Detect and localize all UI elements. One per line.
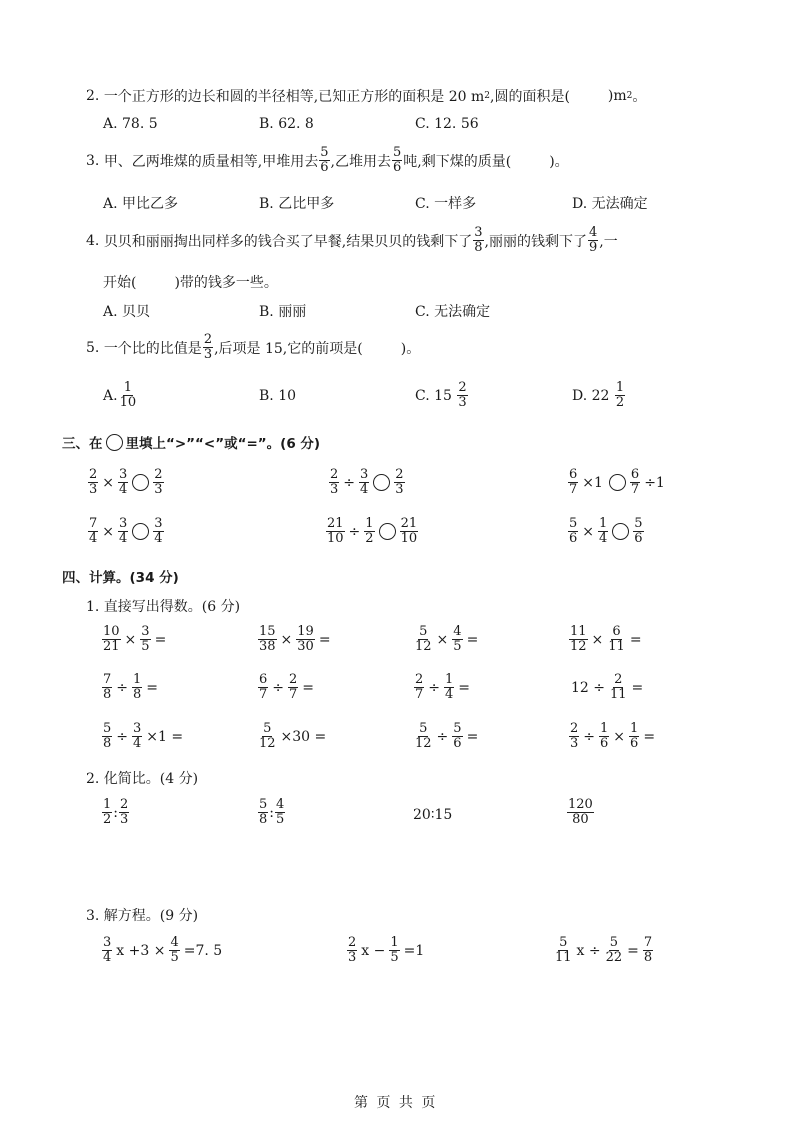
page-footer: 第 页 共 页: [354, 1092, 437, 1112]
operator: ×: [592, 632, 604, 648]
numerator: 3: [102, 936, 112, 951]
numerator: 1: [389, 936, 399, 951]
question-text: )。: [549, 151, 568, 171]
denominator: 8: [102, 688, 112, 702]
numerator: 5: [392, 146, 402, 161]
numerator: 5: [262, 722, 272, 737]
fraction: 34: [359, 468, 369, 497]
fraction: 2110: [400, 517, 419, 546]
denominator: 3: [153, 483, 163, 497]
numerator: 5: [633, 517, 643, 532]
option-a[interactable]: A. 78. 5: [103, 116, 158, 132]
fraction: 45: [275, 798, 285, 827]
part-2-title: 2. 化简比。(4 分): [86, 768, 198, 788]
question-5: 5. 一个比的比值是 23 ,后项是 15,它的前项是()。: [86, 333, 420, 362]
operator: =: [467, 729, 479, 745]
numerator: 5: [558, 936, 568, 951]
question-3: 3. 甲、乙两堆煤的质量相等,甲堆用去 56 ,乙堆用去 56 吨,剩下煤的质量…: [86, 146, 569, 175]
operator: ÷: [116, 680, 128, 696]
denominator: 4: [153, 532, 163, 546]
denominator: 6: [319, 161, 329, 175]
operator: x +3 ×: [116, 943, 165, 959]
section-3-title: 三、在里填上“>”“<”或“=”。(6 分): [62, 432, 320, 452]
denominator: 8: [132, 688, 142, 702]
denominator: 8: [258, 813, 268, 827]
fraction: 1930: [296, 625, 315, 654]
denominator: 7: [568, 483, 578, 497]
numerator: 1: [102, 798, 112, 813]
numerator: 2: [153, 468, 163, 483]
denominator: 10: [326, 532, 345, 546]
numerator: 4: [169, 936, 179, 951]
denominator: 8: [643, 951, 653, 965]
compare-item: 23÷3423: [328, 468, 406, 497]
option-c[interactable]: C. 12. 56: [415, 116, 479, 132]
denominator: 7: [258, 688, 268, 702]
question-text: 开始(: [103, 272, 136, 292]
compare-item: 67×167÷1: [567, 468, 668, 497]
question-text: 一个正方形的边长和圆的半径相等,已知正方形的面积是 20 m: [104, 86, 484, 106]
numerator: 2: [613, 673, 623, 688]
fraction: 34: [118, 468, 128, 497]
denominator: 2: [615, 396, 625, 410]
fraction: 16: [629, 722, 639, 751]
operator: =: [467, 632, 479, 648]
calc-item[interactable]: 1112×611=: [568, 625, 645, 654]
numerator: 1: [598, 517, 608, 532]
denominator: 3: [203, 348, 213, 362]
option-b[interactable]: B. 62. 8: [259, 116, 314, 132]
fraction: 15: [389, 936, 399, 965]
fraction: 23: [88, 468, 98, 497]
denominator: 6: [599, 737, 609, 751]
operator: ×1: [582, 475, 603, 491]
fraction: 67: [630, 468, 640, 497]
fraction: 522: [605, 936, 624, 965]
option-d[interactable]: D. 无法确定: [572, 193, 648, 213]
numerator: 2: [88, 468, 98, 483]
numerator: 3: [132, 722, 142, 737]
denominator: 12: [569, 640, 588, 654]
equation-item[interactable]: 34x +3 ×45=7. 5: [101, 936, 225, 965]
denominator: 4: [102, 951, 112, 965]
fraction: 512: [414, 625, 433, 654]
fraction: 2110: [326, 517, 345, 546]
question-text: 吨,剩下煤的质量(: [403, 151, 511, 171]
part-1-title: 1. 直接写出得数。(6 分): [86, 596, 240, 616]
numerator: 1: [615, 381, 625, 396]
section-title-text: 三、在: [62, 432, 103, 452]
denominator: 4: [118, 532, 128, 546]
numerator: 4: [452, 625, 462, 640]
fraction: 512: [414, 722, 433, 751]
part-3-title: 3. 解方程。(9 分): [86, 905, 198, 925]
fraction: 67: [258, 673, 268, 702]
fraction: 38: [473, 226, 483, 255]
denominator: 10: [119, 396, 138, 410]
fraction: 512: [258, 722, 277, 751]
denominator: 10: [400, 532, 419, 546]
fraction: 23: [203, 333, 213, 362]
numerator: 6: [630, 468, 640, 483]
denominator: 22: [605, 951, 624, 965]
compare-item: 74×3434: [87, 517, 165, 546]
numerator: 1: [123, 381, 133, 396]
question-number: 2.: [86, 88, 99, 104]
option-a[interactable]: A. 贝贝: [103, 301, 150, 321]
numerator: 120: [567, 798, 594, 813]
calc-item[interactable]: 512×30 =: [257, 722, 329, 751]
fraction: 56: [452, 722, 462, 751]
fraction: 27: [414, 673, 424, 702]
option-a[interactable]: A. 甲比乙多: [103, 193, 178, 213]
fraction: 23: [153, 468, 163, 497]
fraction: 35: [140, 625, 150, 654]
denominator: 5: [275, 813, 285, 827]
denominator: 5: [169, 951, 179, 965]
denominator: 12: [414, 737, 433, 751]
operator: ÷: [272, 680, 284, 696]
denominator: 3: [457, 396, 467, 410]
calc-item[interactable]: 58÷34×1 =: [101, 722, 186, 751]
operator: =: [632, 680, 644, 696]
operator: 12 ÷: [571, 680, 605, 696]
denominator: 12: [258, 737, 277, 751]
numerator: 4: [588, 226, 598, 241]
option-c[interactable]: C. 无法确定: [415, 301, 490, 321]
fraction: 611: [607, 625, 626, 654]
denominator: 3: [119, 813, 129, 827]
section-4-title: 四、计算。(34 分): [62, 566, 179, 586]
denominator: 8: [102, 737, 112, 751]
denominator: 3: [569, 737, 579, 751]
whole-number: 15: [434, 388, 452, 404]
question-text: )带的钱多一些。: [174, 272, 277, 292]
fraction: 58: [102, 722, 112, 751]
question-text: ,乙堆用去: [331, 151, 391, 171]
fraction: 12: [615, 381, 625, 410]
fraction: 211: [609, 673, 628, 702]
denominator: 3: [347, 951, 357, 965]
numerator: 2: [347, 936, 357, 951]
question-text: ,后项是 15,它的前项是(: [214, 338, 363, 358]
section-title-text: 里填上“>”“<”或“=”。(6 分): [126, 432, 321, 452]
compare-circle[interactable]: [132, 474, 149, 491]
denominator: 6: [568, 532, 578, 546]
whole-number: 22: [592, 388, 610, 404]
operator: ×1 =: [146, 729, 183, 745]
fraction: 1112: [569, 625, 588, 654]
numerator: 10: [102, 625, 121, 640]
operator: ×30 =: [281, 729, 327, 745]
fraction: 34: [132, 722, 142, 751]
option-a[interactable]: A. 110: [103, 381, 138, 410]
question-text: ,一: [599, 231, 617, 251]
operator: ×: [102, 475, 114, 491]
denominator: 4: [132, 737, 142, 751]
question-number: 4.: [86, 233, 99, 249]
denominator: 5: [452, 640, 462, 654]
operator: =: [319, 632, 331, 648]
denominator: 3: [329, 483, 339, 497]
denominator: 5: [140, 640, 150, 654]
fraction: 110: [119, 381, 138, 410]
denominator: 2: [364, 532, 374, 546]
numerator: 15: [258, 625, 277, 640]
denominator: 80: [571, 813, 590, 827]
numerator: 5: [609, 936, 619, 951]
numerator: 3: [473, 226, 483, 241]
fraction: 12080: [567, 798, 594, 827]
numerator: 5: [418, 722, 428, 737]
question-text: ,圆的面积是(: [490, 86, 570, 106]
fraction: 56: [568, 517, 578, 546]
fraction: 23: [457, 381, 467, 410]
operator: ÷: [437, 729, 449, 745]
ratio-item[interactable]: 20∶15: [413, 807, 452, 823]
compare-item: 23×3423: [87, 468, 165, 497]
fraction: 27: [288, 673, 298, 702]
fraction: 34: [118, 517, 128, 546]
fraction: 56: [633, 517, 643, 546]
denominator: 12: [414, 640, 433, 654]
fraction: 56: [319, 146, 329, 175]
fraction: 16: [599, 722, 609, 751]
numerator: 3: [153, 517, 163, 532]
numerator: 5: [568, 517, 578, 532]
operator: =1: [404, 943, 425, 959]
operator: =: [630, 632, 642, 648]
option-c[interactable]: C. 15 23: [415, 381, 469, 410]
compare-circle[interactable]: [132, 523, 149, 540]
numerator: 2: [203, 333, 213, 348]
fraction: 23: [119, 798, 129, 827]
option-d[interactable]: D. 22 12: [572, 381, 626, 410]
denominator: 6: [392, 161, 402, 175]
fraction: 45: [169, 936, 179, 965]
calc-item[interactable]: 23÷16×16=: [568, 722, 658, 751]
option-b[interactable]: B. 乙比甲多: [259, 193, 334, 213]
denominator: 6: [629, 737, 639, 751]
operator: ×: [613, 729, 625, 745]
denominator: 4: [359, 483, 369, 497]
numerator: 1: [599, 722, 609, 737]
compare-item: 2110÷122110: [325, 517, 419, 546]
operator: =7. 5: [184, 943, 222, 959]
numerator: 7: [88, 517, 98, 532]
numerator: 21: [326, 517, 345, 532]
fraction: 67: [568, 468, 578, 497]
denominator: 30: [296, 640, 315, 654]
denominator: 7: [630, 483, 640, 497]
fraction: 49: [588, 226, 598, 255]
option-b[interactable]: B. 丽丽: [259, 301, 306, 321]
denominator: 4: [598, 532, 608, 546]
compare-circle[interactable]: [609, 474, 626, 491]
denominator: 11: [609, 688, 628, 702]
numerator: 3: [118, 517, 128, 532]
fraction: 74: [88, 517, 98, 546]
calc-item[interactable]: 512÷56=: [413, 722, 481, 751]
numerator: 5: [258, 798, 268, 813]
numerator: 21: [400, 517, 419, 532]
denominator: 4: [118, 483, 128, 497]
denominator: 2: [102, 813, 112, 827]
numerator: 2: [569, 722, 579, 737]
operator: ÷: [583, 729, 595, 745]
fraction: 23: [329, 468, 339, 497]
denominator: 5: [389, 951, 399, 965]
circle-icon: [106, 434, 123, 451]
numerator: 5: [319, 146, 329, 161]
operator: =: [643, 729, 655, 745]
question-4-line2: 开始()带的钱多一些。: [103, 272, 278, 292]
numerator: 1: [629, 722, 639, 737]
fraction: 78: [643, 936, 653, 965]
numerator: 3: [118, 468, 128, 483]
numerator: 6: [258, 673, 268, 688]
operator: =: [458, 680, 470, 696]
calc-item[interactable]: 1021×35=: [101, 625, 169, 654]
ratio-item[interactable]: 12:23: [101, 798, 130, 827]
numerator: 7: [643, 936, 653, 951]
operator: ÷: [343, 475, 355, 491]
equation-item[interactable]: 23x −15=1: [346, 936, 427, 965]
ratio-item[interactable]: 12080: [566, 798, 595, 827]
numerator: 6: [611, 625, 621, 640]
operator: =: [627, 943, 639, 959]
denominator: 11: [607, 640, 626, 654]
fraction: 18: [132, 673, 142, 702]
compare-circle[interactable]: [379, 523, 396, 540]
operator: =: [146, 680, 158, 696]
compare-item: 56×1456: [567, 517, 645, 546]
operator: ÷1: [644, 475, 665, 491]
fraction: 14: [598, 517, 608, 546]
numerator: 11: [569, 625, 588, 640]
fraction: 45: [452, 625, 462, 654]
operator: =: [302, 680, 314, 696]
option-c[interactable]: C. 一样多: [415, 193, 476, 213]
numerator: 2: [119, 798, 129, 813]
operator: ÷: [428, 680, 440, 696]
fraction: 12: [102, 798, 112, 827]
numerator: 2: [457, 381, 467, 396]
calc-item[interactable]: 1538×1930=: [257, 625, 334, 654]
denominator: 4: [88, 532, 98, 546]
calc-item[interactable]: 78÷18=: [101, 673, 161, 702]
fraction: 58: [258, 798, 268, 827]
numerator: 2: [329, 468, 339, 483]
fraction: 34: [102, 936, 112, 965]
fraction: 23: [347, 936, 357, 965]
operator: =: [155, 632, 167, 648]
denominator: 3: [88, 483, 98, 497]
numerator: 1: [444, 673, 454, 688]
question-4: 4. 贝贝和丽丽掏出同样多的钱合买了早餐,结果贝贝的钱剩下了 38 ,丽丽的钱剩…: [86, 226, 618, 255]
compare-circle[interactable]: [373, 474, 390, 491]
operator: ×: [582, 524, 594, 540]
denominator: 9: [588, 241, 598, 255]
question-text: ,丽丽的钱剩下了: [485, 231, 587, 251]
denominator: 4: [444, 688, 454, 702]
fraction: 1538: [258, 625, 277, 654]
operator: ×: [102, 524, 114, 540]
operator: x ÷: [577, 943, 601, 959]
numerator: 1: [364, 517, 374, 532]
calc-item[interactable]: 67÷27=: [257, 673, 317, 702]
operator: ×: [437, 632, 449, 648]
numerator: 3: [359, 468, 369, 483]
numerator: 3: [140, 625, 150, 640]
question-text: 贝贝和丽丽掏出同样多的钱合买了早餐,结果贝贝的钱剩下了: [104, 231, 472, 251]
numerator: 5: [452, 722, 462, 737]
operator: ÷: [116, 729, 128, 745]
denominator: 11: [554, 951, 573, 965]
numerator: 7: [102, 673, 112, 688]
fraction: 511: [554, 936, 573, 965]
denominator: 8: [473, 241, 483, 255]
option-label: B. 10: [259, 388, 296, 404]
denominator: 21: [102, 640, 121, 654]
calc-item[interactable]: 27÷14=: [413, 673, 473, 702]
numerator: 2: [414, 673, 424, 688]
option-label: A.: [103, 388, 118, 404]
numerator: 4: [275, 798, 285, 813]
operator: ×: [125, 632, 137, 648]
denominator: 6: [452, 737, 462, 751]
operator: ÷: [349, 524, 361, 540]
question-text: 。: [632, 86, 646, 106]
calc-item[interactable]: 512×45=: [413, 625, 481, 654]
fraction: 23: [569, 722, 579, 751]
option-b[interactable]: B. 10: [259, 388, 296, 404]
fraction: 12: [364, 517, 374, 546]
equation-item[interactable]: 511x ÷522=78: [553, 936, 654, 965]
numerator: 5: [418, 625, 428, 640]
question-text: )。: [401, 338, 420, 358]
numerator: 19: [296, 625, 315, 640]
numerator: 5: [102, 722, 112, 737]
denominator: 6: [633, 532, 643, 546]
question-text: 一个比的比值是: [104, 338, 202, 358]
question-text: 甲、乙两堆煤的质量相等,甲堆用去: [104, 151, 318, 171]
ratio-item[interactable]: 58:45: [257, 798, 286, 827]
numerator: 6: [568, 468, 578, 483]
question-text: )m: [608, 88, 627, 104]
calc-item[interactable]: 12 ÷211=: [568, 673, 646, 702]
fraction: 1021: [102, 625, 121, 654]
fraction: 56: [392, 146, 402, 175]
option-label: C.: [415, 388, 430, 404]
fraction: 78: [102, 673, 112, 702]
compare-circle[interactable]: [612, 523, 629, 540]
question-number: 5.: [86, 340, 99, 356]
denominator: 3: [394, 483, 404, 497]
fraction: 23: [394, 468, 404, 497]
denominator: 7: [414, 688, 424, 702]
option-label: D.: [572, 388, 587, 404]
numerator: 2: [288, 673, 298, 688]
question-2: 2. 一个正方形的边长和圆的半径相等,已知正方形的面积是 20 m2,圆的面积是…: [86, 86, 646, 106]
fraction: 34: [153, 517, 163, 546]
denominator: 7: [288, 688, 298, 702]
numerator: 1: [132, 673, 142, 688]
numerator: 2: [394, 468, 404, 483]
fraction: 14: [444, 673, 454, 702]
denominator: 38: [258, 640, 277, 654]
operator: ×: [281, 632, 293, 648]
